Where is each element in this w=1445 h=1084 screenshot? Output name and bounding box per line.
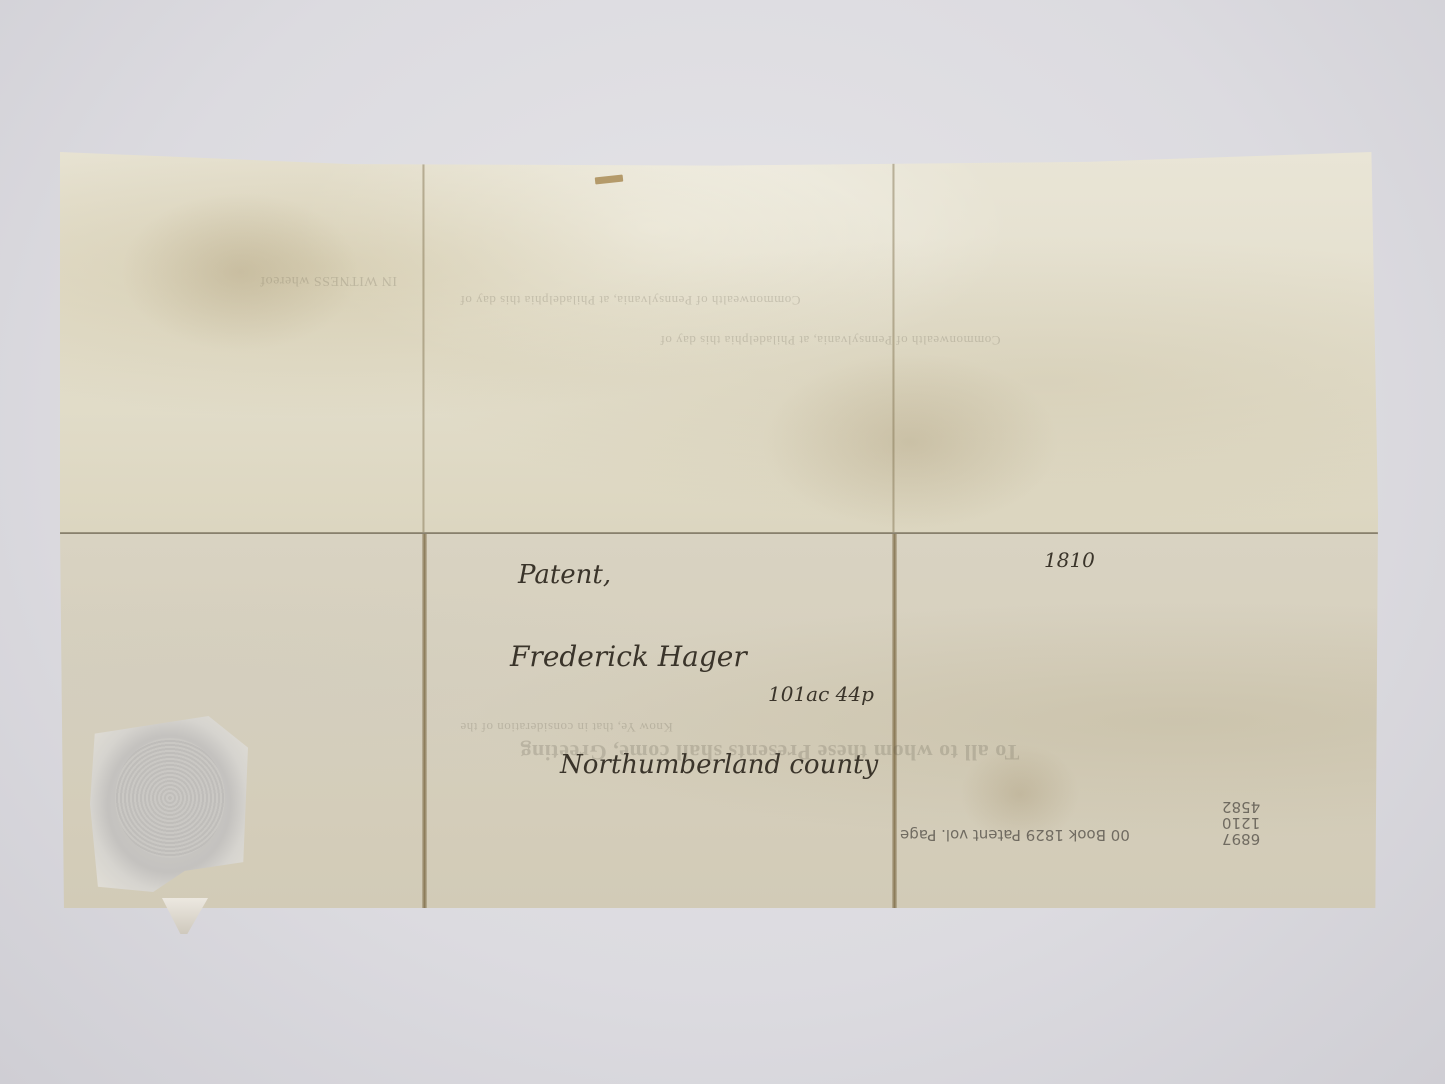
docket-county: Northumberland county: [560, 750, 878, 780]
seal-tab: [162, 898, 208, 934]
seal-emblem: [115, 738, 225, 858]
stain: [120, 192, 360, 352]
docket-acreage: 101ac 44p: [768, 682, 874, 706]
vellum-document: Commonwealth of Pennsylvania, at Philade…: [60, 152, 1378, 908]
pencil-number-3: 6897: [1222, 830, 1260, 848]
top-fold-panel: Commonwealth of Pennsylvania, at Philade…: [60, 152, 1378, 534]
vertical-fold-stain: [892, 534, 897, 908]
pencil-note-line: 00 Book 1829 Patent vol. Page: [900, 826, 1130, 844]
bleed-text-know-ye: Know Ye, that in consideration of the: [460, 719, 673, 735]
vertical-fold-stain: [422, 534, 427, 908]
bleed-text-top-1: Commonwealth of Pennsylvania, at Philade…: [460, 292, 800, 308]
docket-grantee: Frederick Hager: [510, 640, 747, 673]
bottom-fold-panel: Know Ye, that in consideration of the To…: [60, 534, 1378, 908]
docket-title: Patent,: [518, 560, 611, 590]
docket-year: 1810: [1044, 548, 1095, 572]
bleed-text-top-3: Commonwealth of Pennsylvania, at Philade…: [660, 332, 1000, 348]
stain: [760, 352, 1060, 532]
